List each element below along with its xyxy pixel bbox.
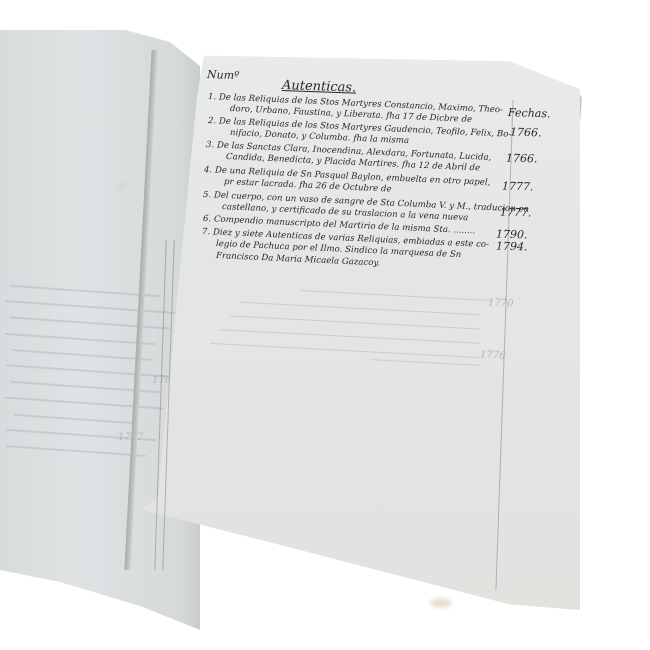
paper-stain bbox=[430, 598, 452, 608]
bleed-year: 1776 bbox=[480, 349, 506, 361]
page-title: Autenticas. bbox=[282, 78, 357, 96]
entry-6-date: 1794. bbox=[496, 239, 528, 253]
entry-number: 3. bbox=[206, 140, 215, 150]
entry-number: 6. bbox=[203, 214, 212, 224]
number-column-header: Numº bbox=[207, 68, 240, 82]
entry-2-date: 1766. bbox=[506, 151, 538, 165]
entry-number: 2. bbox=[208, 116, 217, 126]
entry-number: 1. bbox=[208, 92, 217, 102]
entry-1-date: 1766. bbox=[510, 125, 542, 139]
bleed-year: 1770 bbox=[488, 297, 514, 309]
entry-number: 5. bbox=[203, 190, 212, 200]
dates-column-header: Fechas. bbox=[508, 106, 551, 120]
manuscript-photo: 1766 1777 B Numº Autenticas. Fechas. 1. … bbox=[0, 0, 650, 650]
paper-stain bbox=[118, 183, 126, 189]
entry-number: 4. bbox=[204, 165, 213, 175]
entry-3-date: 1777. bbox=[502, 179, 534, 193]
entry-number: 7. bbox=[202, 227, 211, 237]
